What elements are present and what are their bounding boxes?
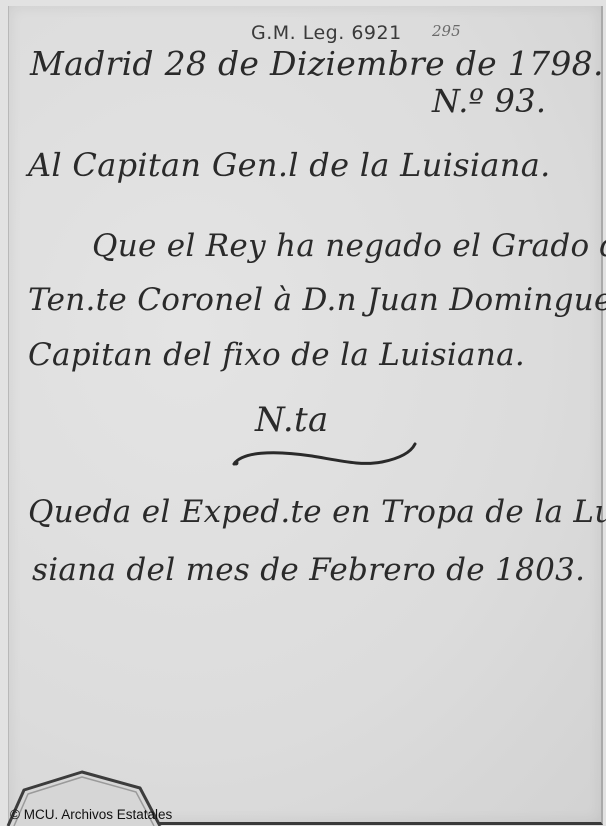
folio-number: 295 [432, 22, 461, 40]
body-line-1: Que el Rey ha negado el Grado de [92, 228, 606, 264]
addressee-line: Al Capitan Gen.l de la Luisiana. [28, 146, 551, 184]
document-number: N.º 93. [432, 82, 546, 120]
body-line-2: Ten.te Coronel à D.n Juan Dominguez, [28, 282, 606, 318]
archive-stamp: G.M. Leg. 6921 [251, 22, 402, 44]
signature: N.ta [255, 400, 329, 440]
date-line: Madrid 28 de Diziembre de 1798. [30, 44, 604, 83]
copyright-credit: © MCU. Archivos Estatales [10, 807, 172, 822]
body-line-3: Capitan del fixo de la Luisiana. [28, 337, 525, 373]
signature-flourish-icon [232, 440, 417, 470]
note-line-1: Queda el Exped.te en Tropa de la Lui- [28, 494, 606, 530]
note-line-2: siana del mes de Febrero de 1803. [32, 552, 585, 588]
